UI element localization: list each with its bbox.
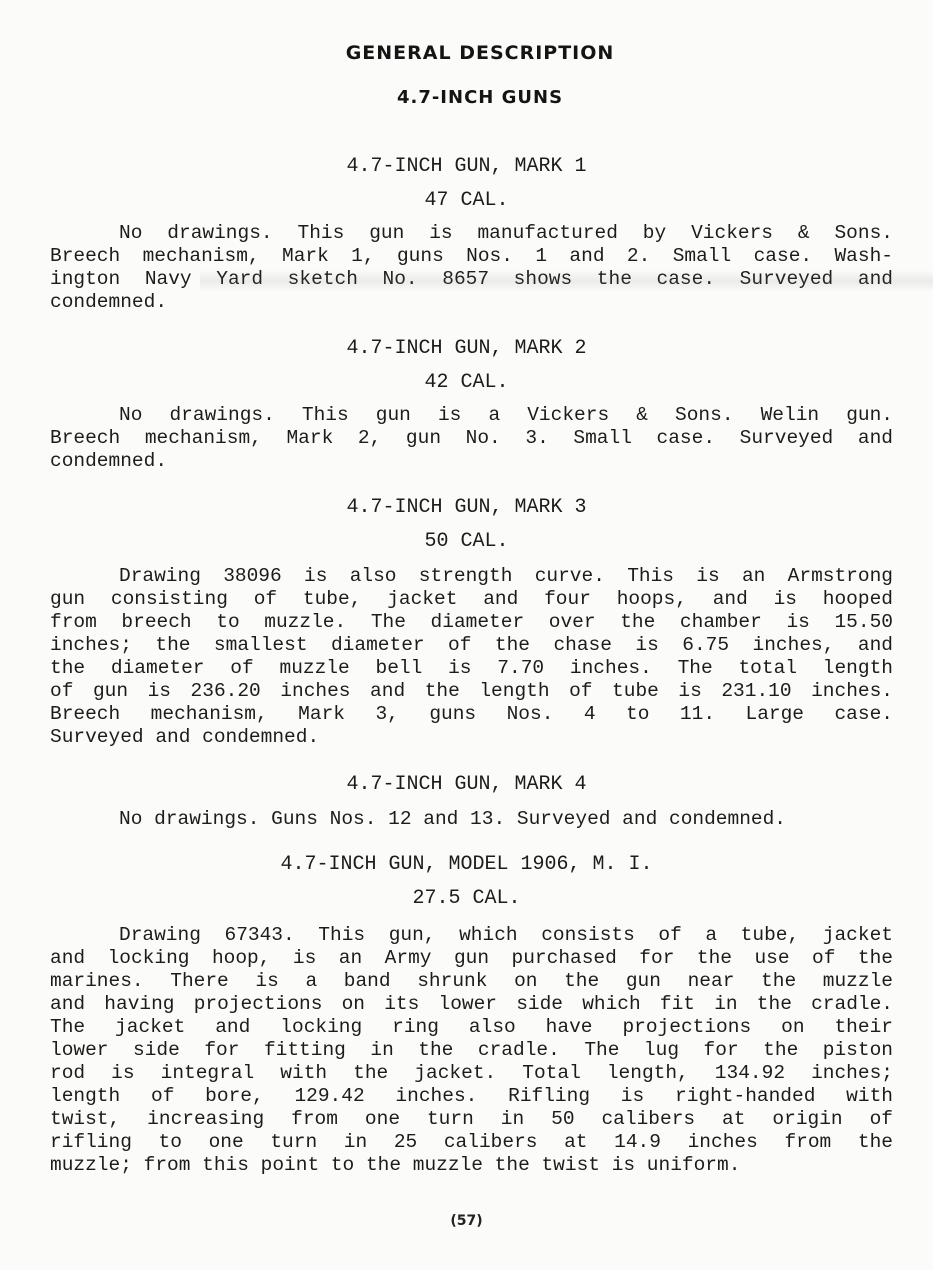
body-line: Breech mechanism, Mark 3, guns Nos. 4 to… [50, 703, 893, 726]
body-line: No drawings. This gun is manufactured by… [50, 222, 893, 245]
body-line: No drawings. This gun is a Vickers & Son… [50, 404, 893, 427]
section-caliber-mark-1: 47 CAL. [0, 189, 933, 212]
body-line: of gun is 236.20 inches and the length o… [50, 680, 893, 703]
body-line: and having projections on its lower side… [50, 993, 893, 1016]
document-page: GENERAL DESCRIPTION 4.7-INCH GUNS 4.7-IN… [0, 0, 933, 1270]
section-caliber-mark-2: 42 CAL. [0, 371, 933, 394]
body-line: twist, increasing from one turn in 50 ca… [50, 1108, 893, 1131]
page-title: GENERAL DESCRIPTION [0, 42, 933, 64]
page-number: (57) [0, 1213, 933, 1229]
body-line: from breech to muzzle. The diameter over… [50, 611, 893, 634]
body-line: length of bore, 129.42 inches. Rifling i… [50, 1085, 893, 1108]
body-line: No drawings. Guns Nos. 12 and 13. Survey… [50, 808, 893, 831]
body-line: and locking hoop, is an Army gun purchas… [50, 947, 893, 970]
body-line: Drawing 38096 is also strength curve. Th… [50, 565, 893, 588]
section-title-mark-2: 4.7-INCH GUN, MARK 2 [0, 337, 933, 360]
body-line: Breech mechanism, Mark 2, gun No. 3. Sma… [50, 427, 893, 450]
body-line: Surveyed and condemned. [50, 726, 893, 749]
body-line: marines. There is a band shrunk on the g… [50, 970, 893, 993]
body-line: condemned. [50, 450, 893, 473]
section-body-mark-3: Drawing 38096 is also strength curve. Th… [50, 565, 893, 749]
section-title-mark-1: 4.7-INCH GUN, MARK 1 [0, 155, 933, 178]
body-line: inches; the smallest diameter of the cha… [50, 634, 893, 657]
section-title-model-1906: 4.7-INCH GUN, MODEL 1906, M. I. [0, 853, 933, 876]
body-line: lower side for fitting in the cradle. Th… [50, 1039, 893, 1062]
section-body-mark-2: No drawings. This gun is a Vickers & Son… [50, 404, 893, 473]
body-line: muzzle; from this point to the muzzle th… [50, 1154, 893, 1177]
body-line: condemned. [50, 291, 893, 314]
body-line: rifling to one turn in 25 calibers at 14… [50, 1131, 893, 1154]
section-body-mark-4: No drawings. Guns Nos. 12 and 13. Survey… [50, 808, 893, 831]
body-line: the diameter of muzzle bell is 7.70 inch… [50, 657, 893, 680]
body-line: rod is integral with the jacket. Total l… [50, 1062, 893, 1085]
body-line: Breech mechanism, Mark 1, guns Nos. 1 an… [50, 245, 893, 268]
section-body-model-1906: Drawing 67343. This gun, which consists … [50, 924, 893, 1177]
section-caliber-mark-3: 50 CAL. [0, 530, 933, 553]
section-caliber-model-1906: 27.5 CAL. [0, 887, 933, 910]
section-title-mark-3: 4.7-INCH GUN, MARK 3 [0, 496, 933, 519]
body-line: The jacket and locking ring also have pr… [50, 1016, 893, 1039]
page-subtitle: 4.7-INCH GUNS [0, 87, 933, 108]
body-line: Drawing 67343. This gun, which consists … [50, 924, 893, 947]
section-body-mark-1: No drawings. This gun is manufactured by… [50, 222, 893, 314]
section-title-mark-4: 4.7-INCH GUN, MARK 4 [0, 773, 933, 796]
body-line: gun consisting of tube, jacket and four … [50, 588, 893, 611]
body-line: ington Navy Yard sketch No. 8657 shows t… [50, 268, 893, 291]
